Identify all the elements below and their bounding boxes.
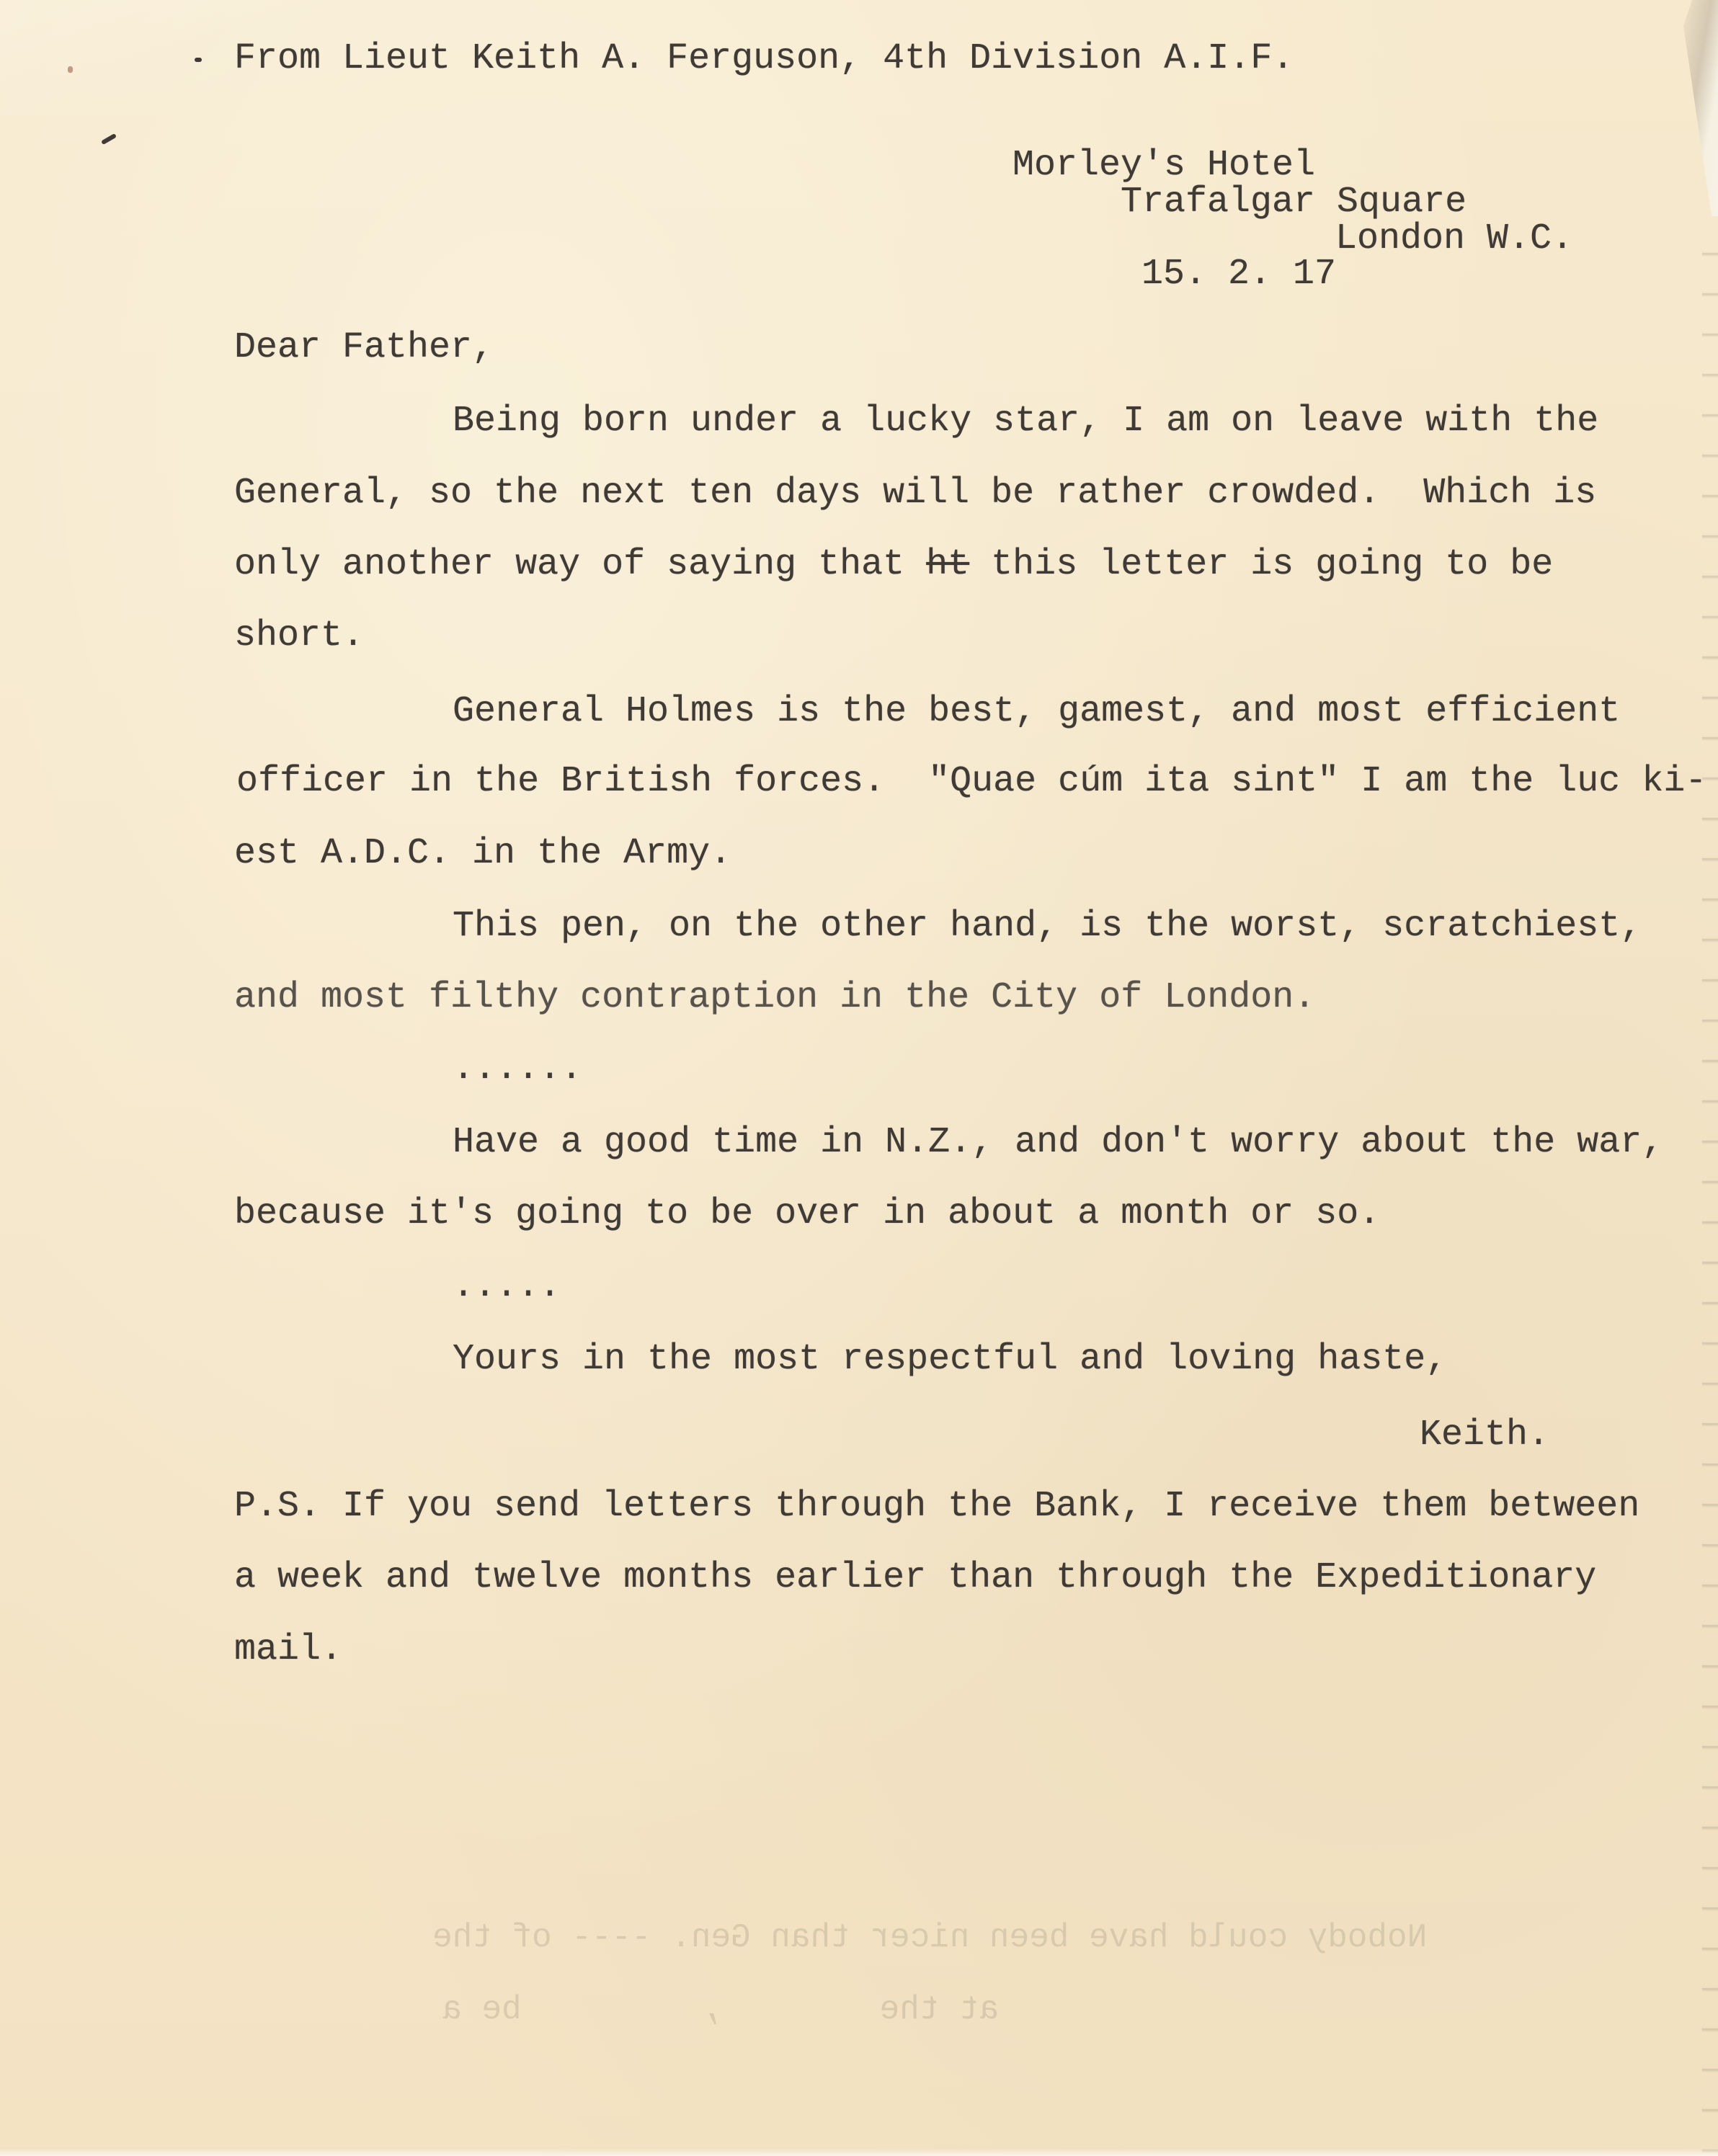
salutation: Dear Father, <box>234 330 494 366</box>
paragraph-1-line-3-end: this letter is going to be <box>969 544 1553 585</box>
margin-red-dot <box>68 66 73 73</box>
closing: Yours in the most respectful and loving … <box>453 1342 1447 1378</box>
show-through-text-1: Nobody could have been nicer than Gen. -… <box>432 1921 1427 1954</box>
margin-dash-mark <box>195 58 202 62</box>
page-bottom-edge <box>0 2149 1718 2156</box>
show-through-text-2: at the , be a <box>303 1993 1138 2026</box>
paragraph-2-line-1: General Holmes is the best, gamest, and … <box>453 694 1620 730</box>
paragraph-1-line-3: only another way of saying that ht this … <box>234 547 1553 583</box>
page-right-edge <box>1702 216 1718 2156</box>
address-hotel: Morley's Hotel <box>1012 148 1315 184</box>
paragraph-1-line-4: short. <box>234 618 364 654</box>
paragraph-4-line-2: because it's going to be over in about a… <box>234 1196 1380 1232</box>
postscript-line-3: mail. <box>234 1632 342 1668</box>
paragraph-1-line-2: General, so the next ten days will be ra… <box>234 476 1596 512</box>
letter-date: 15. 2. 17 <box>1141 257 1336 293</box>
letter-heading: From Lieut Keith A. Ferguson, 4th Divisi… <box>234 41 1294 77</box>
postscript-line-2: a week and twelve months earlier than th… <box>234 1560 1596 1596</box>
letter-paper <box>0 0 1718 2156</box>
signature: Keith. <box>1420 1417 1549 1453</box>
paragraph-1-line-1: Being born under a lucky star, I am on l… <box>453 404 1598 440</box>
address-city: London W.C. <box>1335 221 1573 257</box>
struck-out-text: ht <box>926 544 969 585</box>
paragraph-2-line-3: est A.D.C. in the Army. <box>234 836 731 872</box>
address-street: Trafalgar Square <box>1121 184 1466 220</box>
paragraph-3-line-1: This pen, on the other hand, is the wors… <box>453 909 1642 945</box>
paragraph-4-line-1: Have a good time in N.Z., and don't worr… <box>453 1125 1663 1161</box>
separator-dots-2: ..... <box>453 1269 561 1305</box>
paragraph-3-line-2: and most filthy contraption in the City … <box>234 980 1315 1016</box>
postscript-line-1: P.S. If you send letters through the Ban… <box>234 1489 1639 1525</box>
paragraph-2-line-2: officer in the British forces. "Quae cúm… <box>236 764 1706 800</box>
paragraph-1-line-3-start: only another way of saying that <box>234 544 926 585</box>
separator-dots-1: ...... <box>453 1051 582 1087</box>
